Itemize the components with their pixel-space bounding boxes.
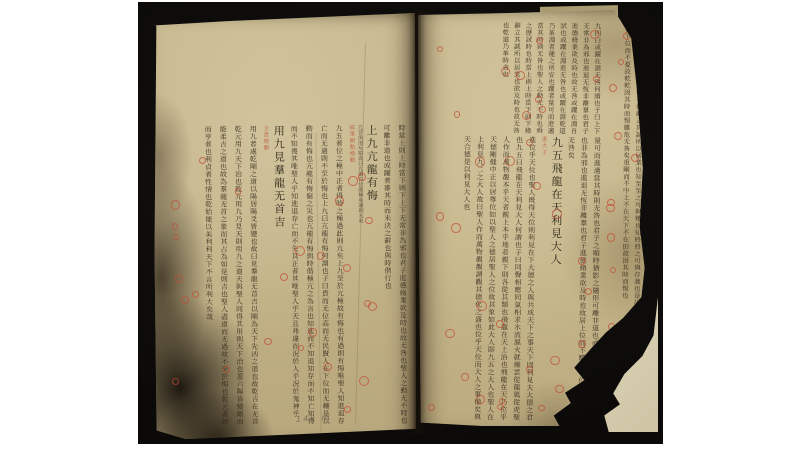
- jiuwu-preceding-columns: 量可而進適當其時則无咎也君子之順時猶影之隨形可離非道也或躍者審其時而未決之辭也非…: [561, 137, 603, 425]
- right-top-block: 九四曰或躍在淵无咎何謂也子曰上下无常非為邪也進退无恆非離羣也君子進德脩業欲及時也…: [422, 21, 603, 137]
- left-continuation-columns: 時當上則上時當下則下上下无常非為邪也君子進德脩業欲及時也故无咎也聖人之動无不時也…: [379, 124, 411, 426]
- jiuwu-commentary: 進位乎天位也聖人既得天位則利見在下大德之人與共成天下之事天下固利見夫大德之君也九…: [457, 135, 538, 424]
- binding-gutter-shadow: [408, 10, 426, 434]
- heading-yongjiu: 用九見羣龍无首吉: [270, 125, 288, 427]
- shangjiu-gloss: 亢音庚浪反窮高曰亢謂以位則極矣過則亢矣: [356, 124, 364, 274]
- left-page-text: 時當上則上時當下則下上下无常非為邪也君子進德脩業欲及時也故无咎也聖人之動无不時也…: [159, 124, 411, 428]
- shangjiu-commentary: 九五者位之極中正者得時之極過此則亢矣上九至於亢極故有悔也有過則有悔唯聖人知進退存…: [286, 125, 348, 427]
- right-page: 君子進德脩業忠信所以進德也脩辭立其誠所以居業也知至至之可與幾也知終終之可與存義也…: [418, 10, 646, 426]
- shangjiu-red-annotation: 硃筆圈點增刪: [346, 124, 357, 244]
- right-main-block: 量可而進適當其時則无咎也君子之順時猶影之隨形可離非道也或躍者審其時而未決之辭也非…: [420, 135, 603, 425]
- yongjiu-red-annotation: 全意增刪: [260, 125, 271, 245]
- left-page: 時當上則上時當下則下上下无常非為邪也君子進德脩業欲及時也故无咎也聖人之動无不時也…: [154, 13, 416, 439]
- heading-shangjiu: 上九亢龍有悔: [363, 124, 381, 426]
- photo-mount: 時當上則上時當下則下上下无常非為邪也君子進德脩業欲及時也故无咎也聖人之動无不時也…: [138, 2, 663, 444]
- pencil-note: 14k m: [296, 413, 332, 424]
- heading-jiuwu: 九五飛龍在天利見大人: [545, 136, 564, 424]
- manuscript-viewer: 時當上則上時當下則下上下无常非為邪也君子進德脩業欲及時也故无咎也聖人之動无不時也…: [0, 0, 800, 450]
- right-edge-columns: 君子進德脩業忠信所以進德也脩辭立其誠所以居業也知至至之可與幾也知終終之可與存義也…: [602, 12, 645, 334]
- jiuwu-red-annotation: 重大子: [537, 136, 548, 256]
- yongjiu-commentary: 用九者處乾剛之道以陽居陽爻皆變也故曰見羣龍无首吉以剛為天下先凶之道也故乾吉在无首…: [200, 125, 262, 427]
